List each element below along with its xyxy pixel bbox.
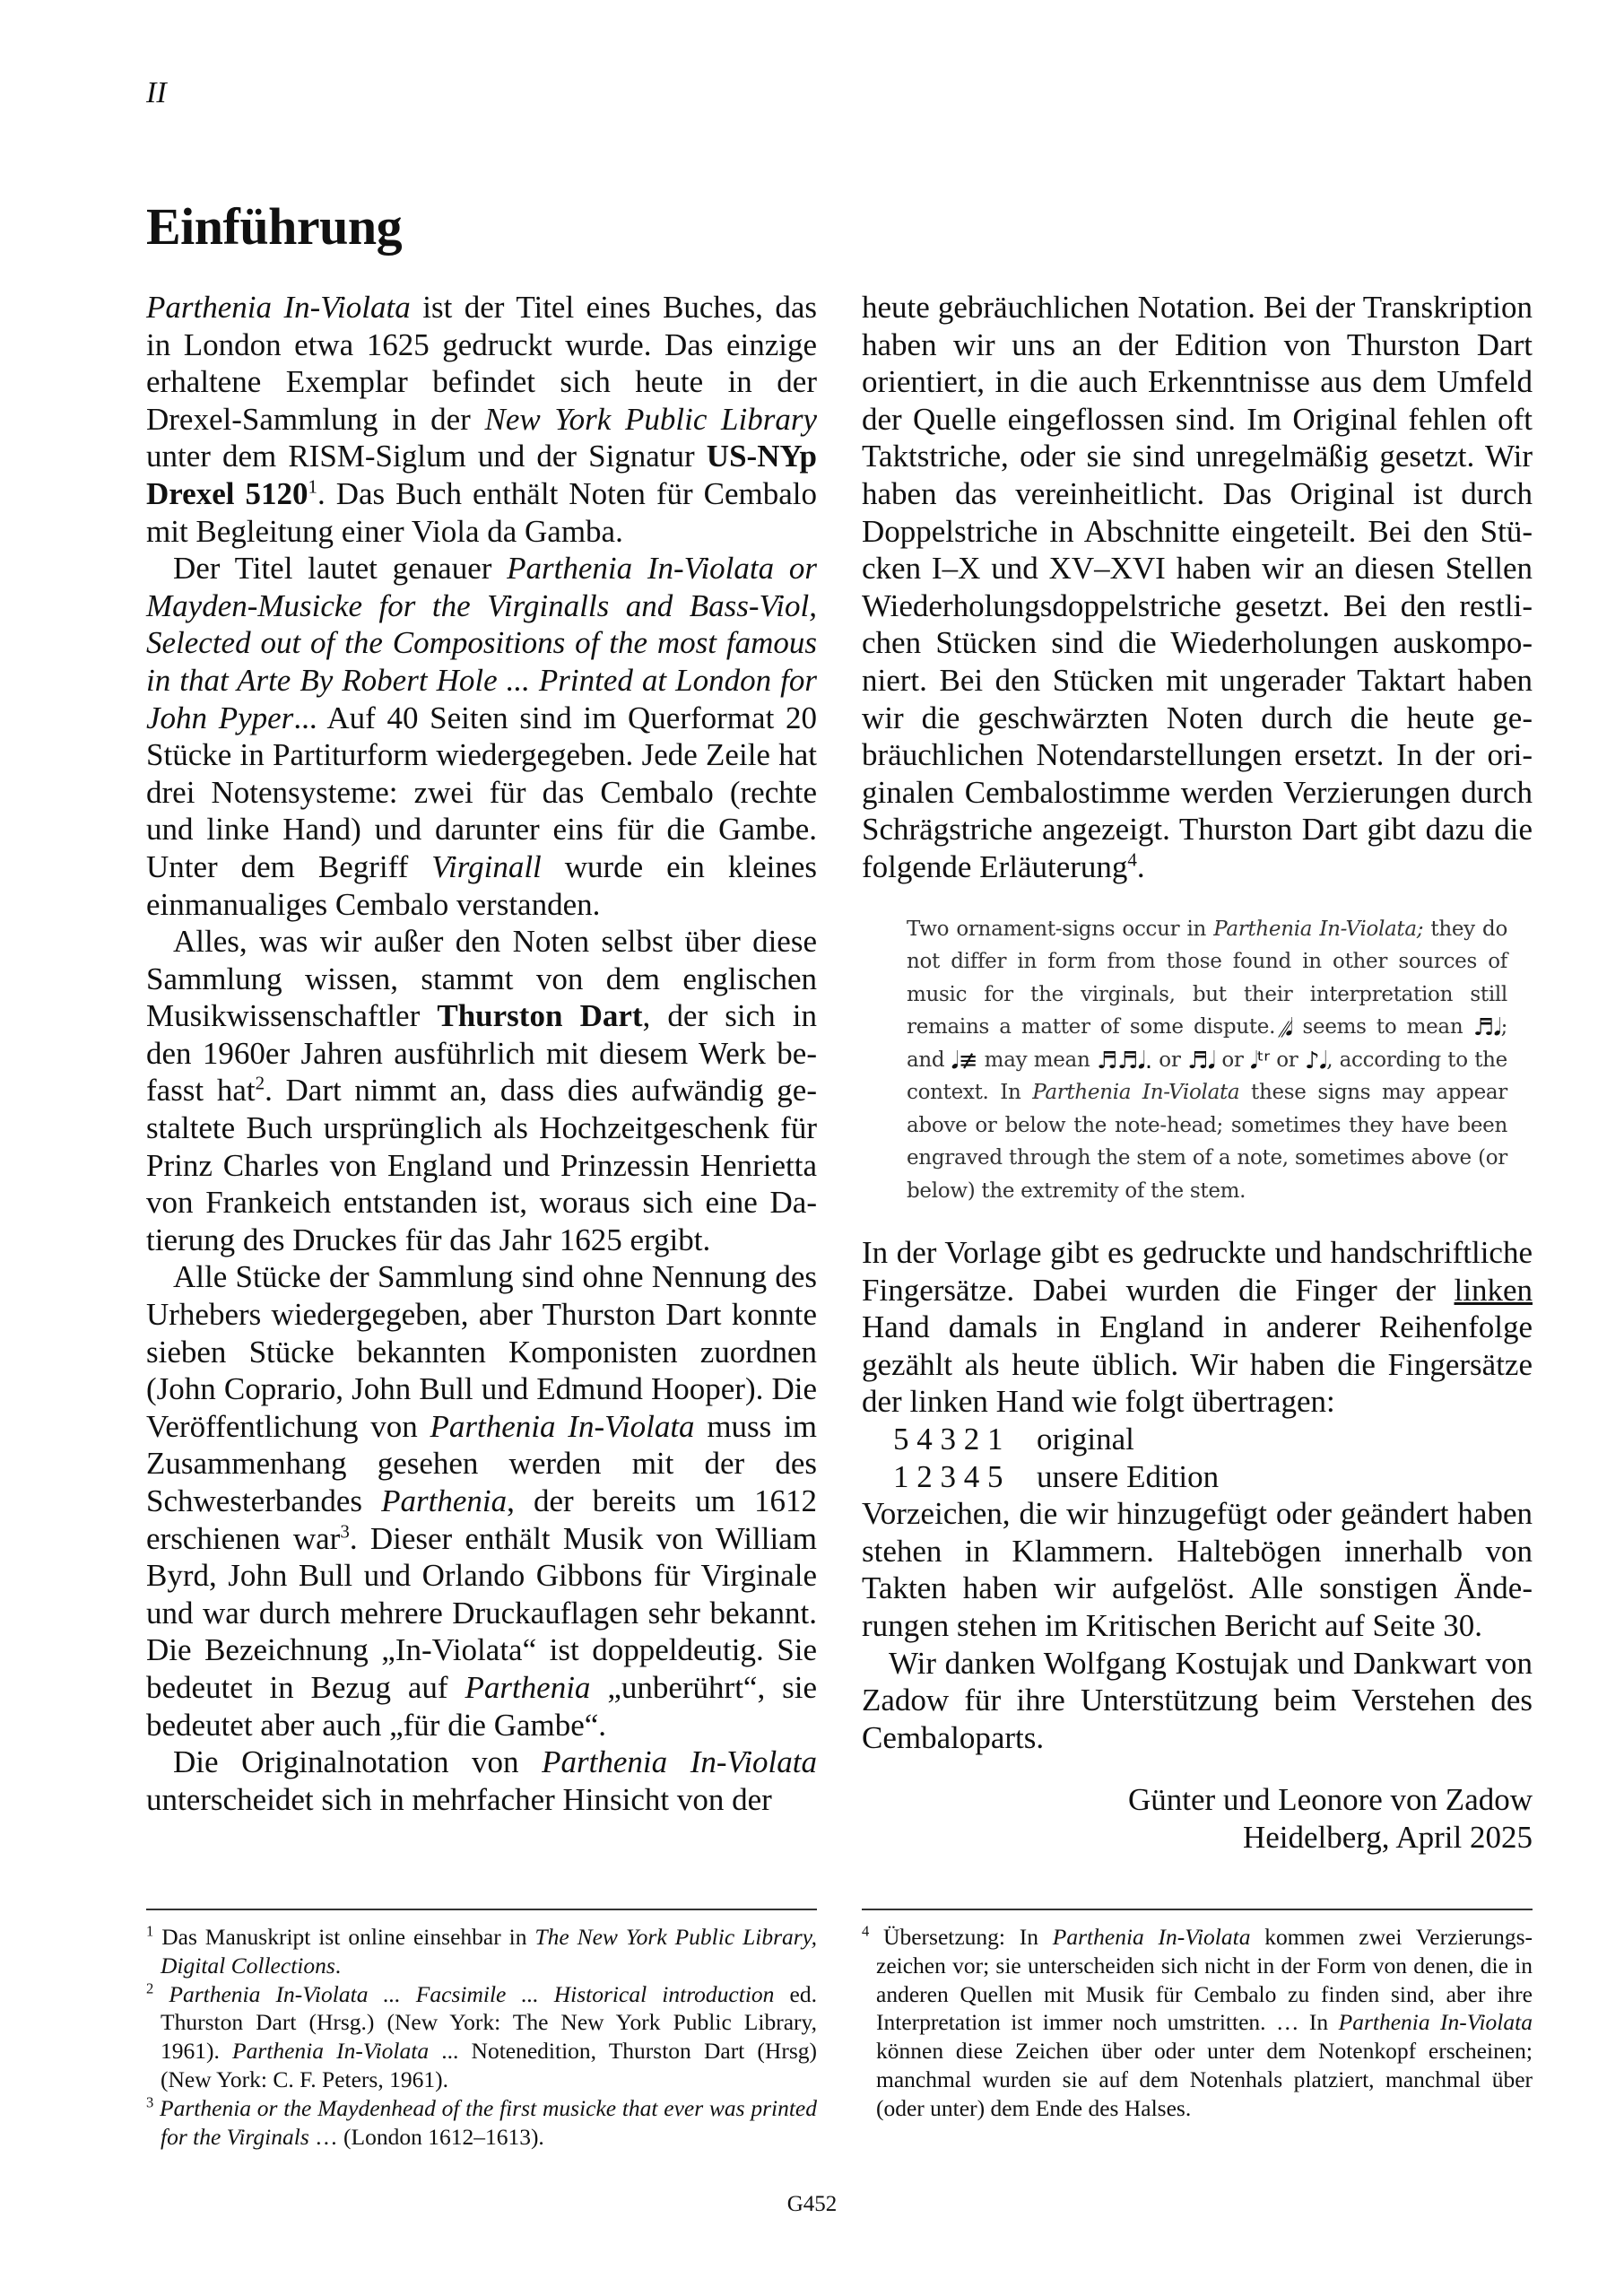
footnote-number: 3 (146, 2093, 153, 2110)
text: . (1137, 849, 1145, 884)
footnotes-right: 4 Übersetzung: In Parthenia In-Violata k… (862, 1923, 1533, 2123)
footnote-ref-3[interactable]: 3 (340, 1520, 350, 1542)
italic-title: Parthenia In-Violata (430, 1409, 695, 1444)
author-names: Günter und Leonore von Zadow (862, 1781, 1533, 1819)
italic-term: Virginall (431, 849, 542, 884)
footnote-1: 1 Das Manuskript ist online einsehbar in… (146, 1923, 817, 1980)
italic-title: Parthenia In-Violata (146, 290, 411, 325)
text: Der Titel lautet genauer (173, 551, 507, 586)
footnote-ref-2[interactable]: 2 (256, 1073, 265, 1094)
italic-title: Parthenia In-Violata (542, 1744, 817, 1779)
paragraph-fingering: In der Vorlage gibt es gedruckte und han… (862, 1234, 1533, 1421)
text: können diese Zeichen über oder unter dem… (876, 2038, 1533, 2121)
right-column: heute gebräuchlichen Notation. Bei der T… (862, 289, 1533, 1857)
page-title: Einführung (146, 196, 402, 258)
paragraph-transcription: heute gebräuchlichen Notation. Bei der T… (862, 289, 1533, 886)
footnote-number: 2 (146, 1979, 153, 1996)
footnote-divider-left (146, 1909, 817, 1910)
italic-title: Parthenia (381, 1483, 507, 1518)
page-code: G452 (0, 2192, 1624, 2217)
ornament-sign-double-stroke-icon: 𝅘𝅥≢ (951, 1052, 977, 1070)
text: or (1270, 1048, 1305, 1072)
paragraph-notation: Die Originalnotation von Parthenia In-Vi… (146, 1744, 817, 1818)
text: Das Manuskript ist online einsehbar in (153, 1924, 534, 1950)
paragraph-intro: Parthenia In-Violata ist der Titel eines… (146, 289, 817, 550)
italic-title: Parthenia In-Violata ... Facsimile ... H… (169, 1981, 774, 2007)
footnotes-left: 1 Das Manuskript ist online einsehbar in… (146, 1923, 817, 2151)
text: heute gebräuchlichen Notation. Bei der T… (862, 290, 1533, 884)
text: Two ornament-signs occur in (907, 918, 1213, 941)
footnote-ref-1[interactable]: 1 (308, 475, 317, 497)
fingering-row: 1 2 3 4 5 unsere Edition (893, 1458, 1533, 1496)
fingering-label: original (1037, 1421, 1134, 1458)
music-notation-short-shake-icon: ♬𝅘𝅥 (1187, 1052, 1215, 1070)
text: seems to mean (1292, 1015, 1472, 1039)
fingering-row: 5 4 3 2 1 original (893, 1421, 1533, 1458)
text: unter dem RISM-Siglum und der Signatur (146, 439, 707, 474)
fingering-numbers: 1 2 3 4 5 (893, 1458, 1037, 1496)
fingering-numbers: 5 4 3 2 1 (893, 1421, 1037, 1458)
footnote-3: 3 Parthenia or the Maydenhead of the fir… (146, 2094, 817, 2152)
italic-title: Parthenia In-Violata (232, 2038, 429, 2064)
italic-library: New York Public Library (485, 402, 818, 437)
text: unterscheidet sich in mehrfacher Hinsich… (146, 1782, 772, 1817)
footnote-ref-4[interactable]: 4 (1127, 848, 1137, 870)
text: Übersetzung: In (869, 1924, 1053, 1950)
music-notation-appoggiatura-icon: ♪𝅘𝅥 (1305, 1052, 1326, 1070)
text: may mean (977, 1048, 1097, 1072)
text: In der Vorlage gibt es gedruckte und han… (862, 1235, 1533, 1308)
italic-title: Parthenia In-Violata (1339, 2009, 1533, 2035)
footnote-4: 4 Übersetzung: In Parthenia In-Violata k… (862, 1923, 1533, 2123)
text: Hand damals in England in anderer Reihen… (862, 1309, 1533, 1419)
text: or (1152, 1048, 1187, 1072)
italic-title: Parthenia In-Violata (1032, 1081, 1239, 1104)
left-column: Parthenia In-Violata ist der Titel eines… (146, 289, 817, 1818)
text: … (London 1612–1613). (309, 2124, 544, 2150)
music-notation-slide-icon: ♬𝅘𝅥 (1473, 1019, 1501, 1037)
paragraph-dart: Alles, was wir außer den Noten selbst üb… (146, 923, 817, 1258)
paragraph-accidentals: Vorzeichen, die wir hinzugefügt oder geä… (862, 1495, 1533, 1644)
text: or (1215, 1048, 1250, 1072)
paragraph-composers: Alle Stücke der Sammlung sind ohne Nennu… (146, 1258, 817, 1744)
italic-title: Parthenia In-Violata; (1213, 918, 1423, 941)
footnote-2: 2 Parthenia In-Violata ... Facsimile ...… (146, 1980, 817, 2094)
paragraph-title: Der Titel lautet genauer Parthenia In-Vi… (146, 550, 817, 923)
fingering-table: 5 4 3 2 1 original 1 2 3 4 5 unsere Edit… (893, 1421, 1533, 1495)
place-date: Heidelberg, April 2025 (862, 1819, 1533, 1857)
bold-name: Thurston Dart (437, 998, 642, 1033)
italic-title: Parthenia In-Violata (1053, 1924, 1251, 1950)
italic-title: Parthenia (465, 1670, 590, 1705)
footnote-divider-right (862, 1909, 1533, 1910)
paragraph-acknowledgements: Wir danken Wolfgang Kostujak und Dankwar… (862, 1645, 1533, 1757)
text: Die Originalnotation von (173, 1744, 542, 1779)
fingering-label: unsere Edition (1037, 1458, 1219, 1496)
underlined-word: lin­ken (1455, 1273, 1533, 1308)
page-number-roman: II (146, 75, 167, 111)
music-notation-trill-icon: 𝅘𝅥ᵗʳ (1250, 1052, 1270, 1070)
signature-block: Günter und Leonore von Zadow Heidelberg,… (862, 1781, 1533, 1856)
quoted-excerpt-image: Two ornament-signs occur in Parthenia In… (907, 913, 1507, 1208)
text: . (335, 1952, 341, 1979)
music-notation-shake-icon: ♬♬𝅘𝅥. (1097, 1052, 1152, 1070)
